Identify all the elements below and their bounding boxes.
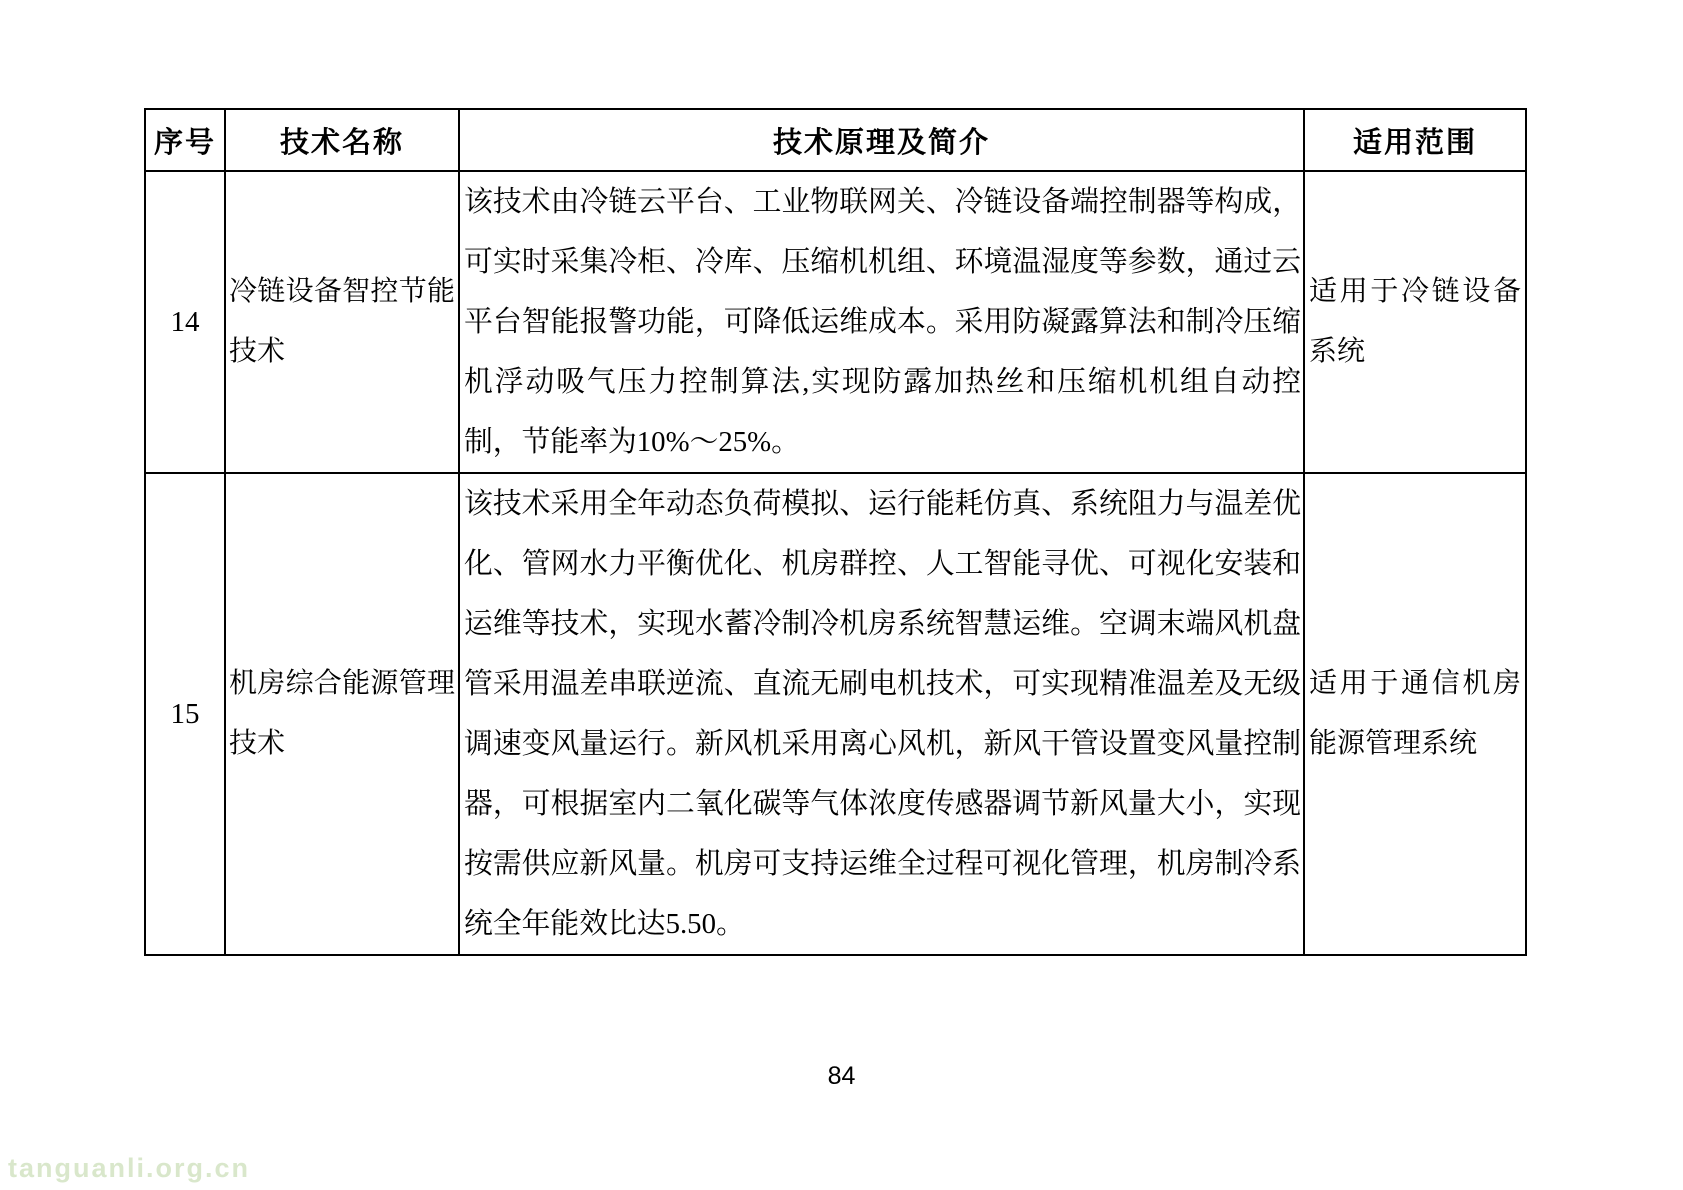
header-technology-principle: 技术原理及简介	[459, 109, 1304, 171]
technology-table: 序号 技术名称 技术原理及简介 适用范围 14 冷链设备智控节能技术 该技术由冷…	[144, 108, 1527, 956]
serial-number-cell: 15	[145, 473, 225, 955]
table-row: 15 机房综合能源管理技术 该技术采用全年动态负荷模拟、运行能耗仿真、系统阻力与…	[145, 473, 1526, 955]
page-number: 84	[0, 1062, 1683, 1091]
technology-name-cell: 机房综合能源管理技术	[225, 473, 459, 955]
applicable-scope-cell: 适用于通信机房能源管理系统	[1304, 473, 1526, 955]
applicable-scope-cell: 适用于冷链设备系统	[1304, 171, 1526, 473]
header-technology-name: 技术名称	[225, 109, 459, 171]
table-header-row: 序号 技术名称 技术原理及简介 适用范围	[145, 109, 1526, 171]
technology-name-cell: 冷链设备智控节能技术	[225, 171, 459, 473]
header-applicable-scope: 适用范围	[1304, 109, 1526, 171]
technology-description-cell: 该技术由冷链云平台、工业物联网关、冷链设备端控制器等构成，可实时采集冷柜、冷库、…	[459, 171, 1304, 473]
watermark: tanguanli.org.cn	[8, 1153, 250, 1184]
serial-number-cell: 14	[145, 171, 225, 473]
table-row: 14 冷链设备智控节能技术 该技术由冷链云平台、工业物联网关、冷链设备端控制器等…	[145, 171, 1526, 473]
technology-description-cell: 该技术采用全年动态负荷模拟、运行能耗仿真、系统阻力与温差优化、管网水力平衡优化、…	[459, 473, 1304, 955]
header-serial-number: 序号	[145, 109, 225, 171]
